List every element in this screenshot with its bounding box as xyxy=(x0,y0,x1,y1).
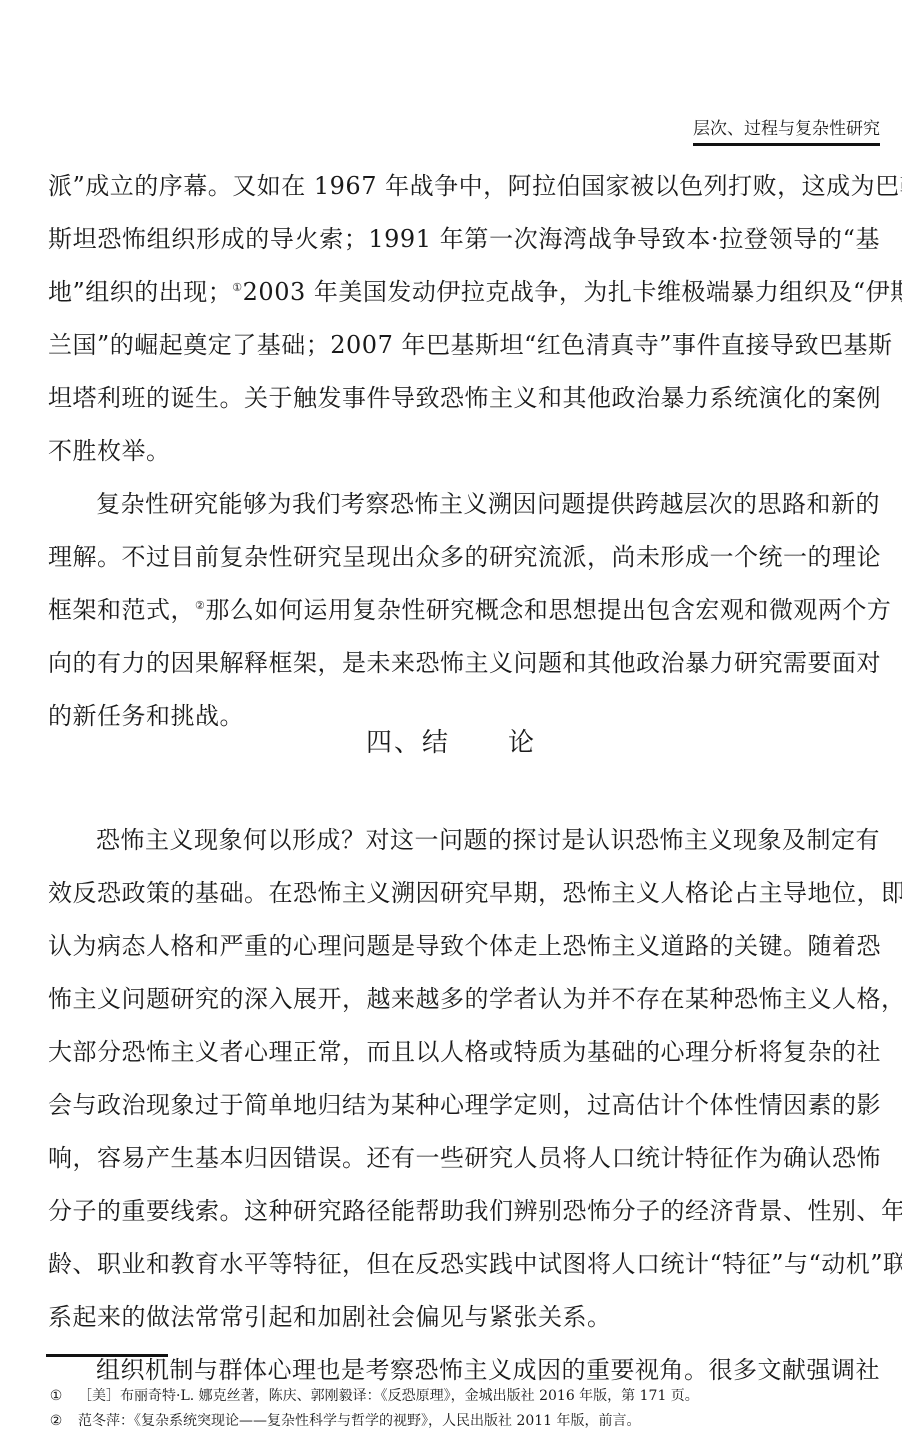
section-heading-word: 论 xyxy=(508,728,536,758)
text-line: 派”成立的序幕。又如在 1967 年战争中，阿拉伯国家被以色列打败，这成为巴勒 xyxy=(48,160,880,213)
text-span: 地”组织的出现； xyxy=(48,278,232,306)
paragraph-trigger-events: 派”成立的序幕。又如在 1967 年战争中，阿拉伯国家被以色列打败，这成为巴勒 … xyxy=(48,160,880,478)
text-line: 会与政治现象过于简单地归结为某种心理学定则，过高估计个体性情因素的影 xyxy=(48,1079,880,1132)
footnote-ref-2[interactable]: ② xyxy=(195,599,205,612)
text-span: 2003 年美国发动伊拉克战争，为扎卡维极端暴力组织及“伊斯 xyxy=(243,278,902,306)
text-line: 复杂性研究能够为我们考察恐怖主义溯因问题提供跨越层次的思路和新的 xyxy=(48,478,880,531)
text-line: 龄、职业和教育水平等特征，但在反恐实践中试图将人口统计“特征”与“动机”联 xyxy=(48,1238,880,1291)
body-text-conclusion: 恐怖主义现象何以形成？对这一问题的探讨是认识恐怖主义现象及制定有 效反恐政策的基… xyxy=(48,814,880,1397)
footnote-text: ［美］布丽奇特·L. 娜克丝著，陈庆、郭刚毅译：《反恐原理》，金城出版社 201… xyxy=(78,1388,699,1404)
section-heading-conclusion: 四、结论 xyxy=(0,722,902,759)
text-line: 不胜枚举。 xyxy=(48,425,880,478)
text-line: 效反恐政策的基础。在恐怖主义溯因研究早期，恐怖主义人格论占主导地位，即 xyxy=(48,867,880,920)
text-line: 斯坦恐怖组织形成的导火索；1991 年第一次海湾战争导致本·拉登领导的“基 xyxy=(48,213,880,266)
text-line: 系起来的做法常常引起和加剧社会偏见与紧张关系。 xyxy=(48,1291,880,1344)
text-line: 地”组织的出现；①2003 年美国发动伊拉克战争，为扎卡维极端暴力组织及“伊斯 xyxy=(48,266,880,319)
text-line: 兰国”的崛起奠定了基础；2007 年巴基斯坦“红色清真寺”事件直接导致巴基斯 xyxy=(48,319,880,372)
text-line: 大部分恐怖主义者心理正常，而且以人格或特质为基础的心理分析将复杂的社 xyxy=(48,1026,880,1079)
text-line: 坦塔利班的诞生。关于触发事件导致恐怖主义和其他政治暴力系统演化的案例 xyxy=(48,372,880,425)
running-head: 层次、过程与复杂性研究 xyxy=(693,114,880,146)
text-line: 向的有力的因果解释框架，是未来恐怖主义问题和其他政治暴力研究需要面对 xyxy=(48,637,880,690)
text-span: 框架和范式， xyxy=(48,596,195,624)
footnote-1: ①［美］布丽奇特·L. 娜克丝著，陈庆、郭刚毅译：《反恐原理》，金城出版社 20… xyxy=(46,1384,886,1409)
footnote-text: 范冬萍：《复杂系统突现论——复杂性科学与哲学的视野》，人民出版社 2011 年版… xyxy=(78,1413,641,1429)
footnote-mark: ① xyxy=(46,1384,66,1409)
paragraph-conclusion-1: 恐怖主义现象何以形成？对这一问题的探讨是认识恐怖主义现象及制定有 效反恐政策的基… xyxy=(48,814,880,1344)
footnote-ref-1[interactable]: ① xyxy=(232,281,242,294)
text-line: 响，容易产生基本归因错误。还有一些研究人员将人口统计特征作为确认恐怖 xyxy=(48,1132,880,1185)
text-line: 理解。不过目前复杂性研究呈现出众多的研究流派，尚未形成一个统一的理论 xyxy=(48,531,880,584)
text-line: 分子的重要线索。这种研究路径能帮助我们辨别恐怖分子的经济背景、性别、年 xyxy=(48,1185,880,1238)
section-heading-number: 四、结 xyxy=(366,728,450,758)
footnote-mark: ② xyxy=(46,1409,66,1434)
text-line: 恐怖主义现象何以形成？对这一问题的探讨是认识恐怖主义现象及制定有 xyxy=(48,814,880,867)
body-text-top: 派”成立的序幕。又如在 1967 年战争中，阿拉伯国家被以色列打败，这成为巴勒 … xyxy=(48,160,880,743)
footnote-2: ②范冬萍：《复杂系统突现论——复杂性科学与哲学的视野》，人民出版社 2011 年… xyxy=(46,1409,886,1434)
footnotes: ①［美］布丽奇特·L. 娜克丝著，陈庆、郭刚毅译：《反恐原理》，金城出版社 20… xyxy=(46,1384,886,1434)
text-line: 认为病态人格和严重的心理问题是导致个体走上恐怖主义道路的关键。随着恐 xyxy=(48,920,880,973)
paragraph-complexity-research: 复杂性研究能够为我们考察恐怖主义溯因问题提供跨越层次的思路和新的 理解。不过目前… xyxy=(48,478,880,743)
footnote-divider xyxy=(46,1354,168,1357)
text-line: 框架和范式，②那么如何运用复杂性研究概念和思想提出包含宏观和微观两个方 xyxy=(48,584,880,637)
text-line: 怖主义问题研究的深入展开，越来越多的学者认为并不存在某种恐怖主义人格， xyxy=(48,973,880,1026)
text-span: 那么如何运用复杂性研究概念和思想提出包含宏观和微观两个方 xyxy=(205,596,891,624)
